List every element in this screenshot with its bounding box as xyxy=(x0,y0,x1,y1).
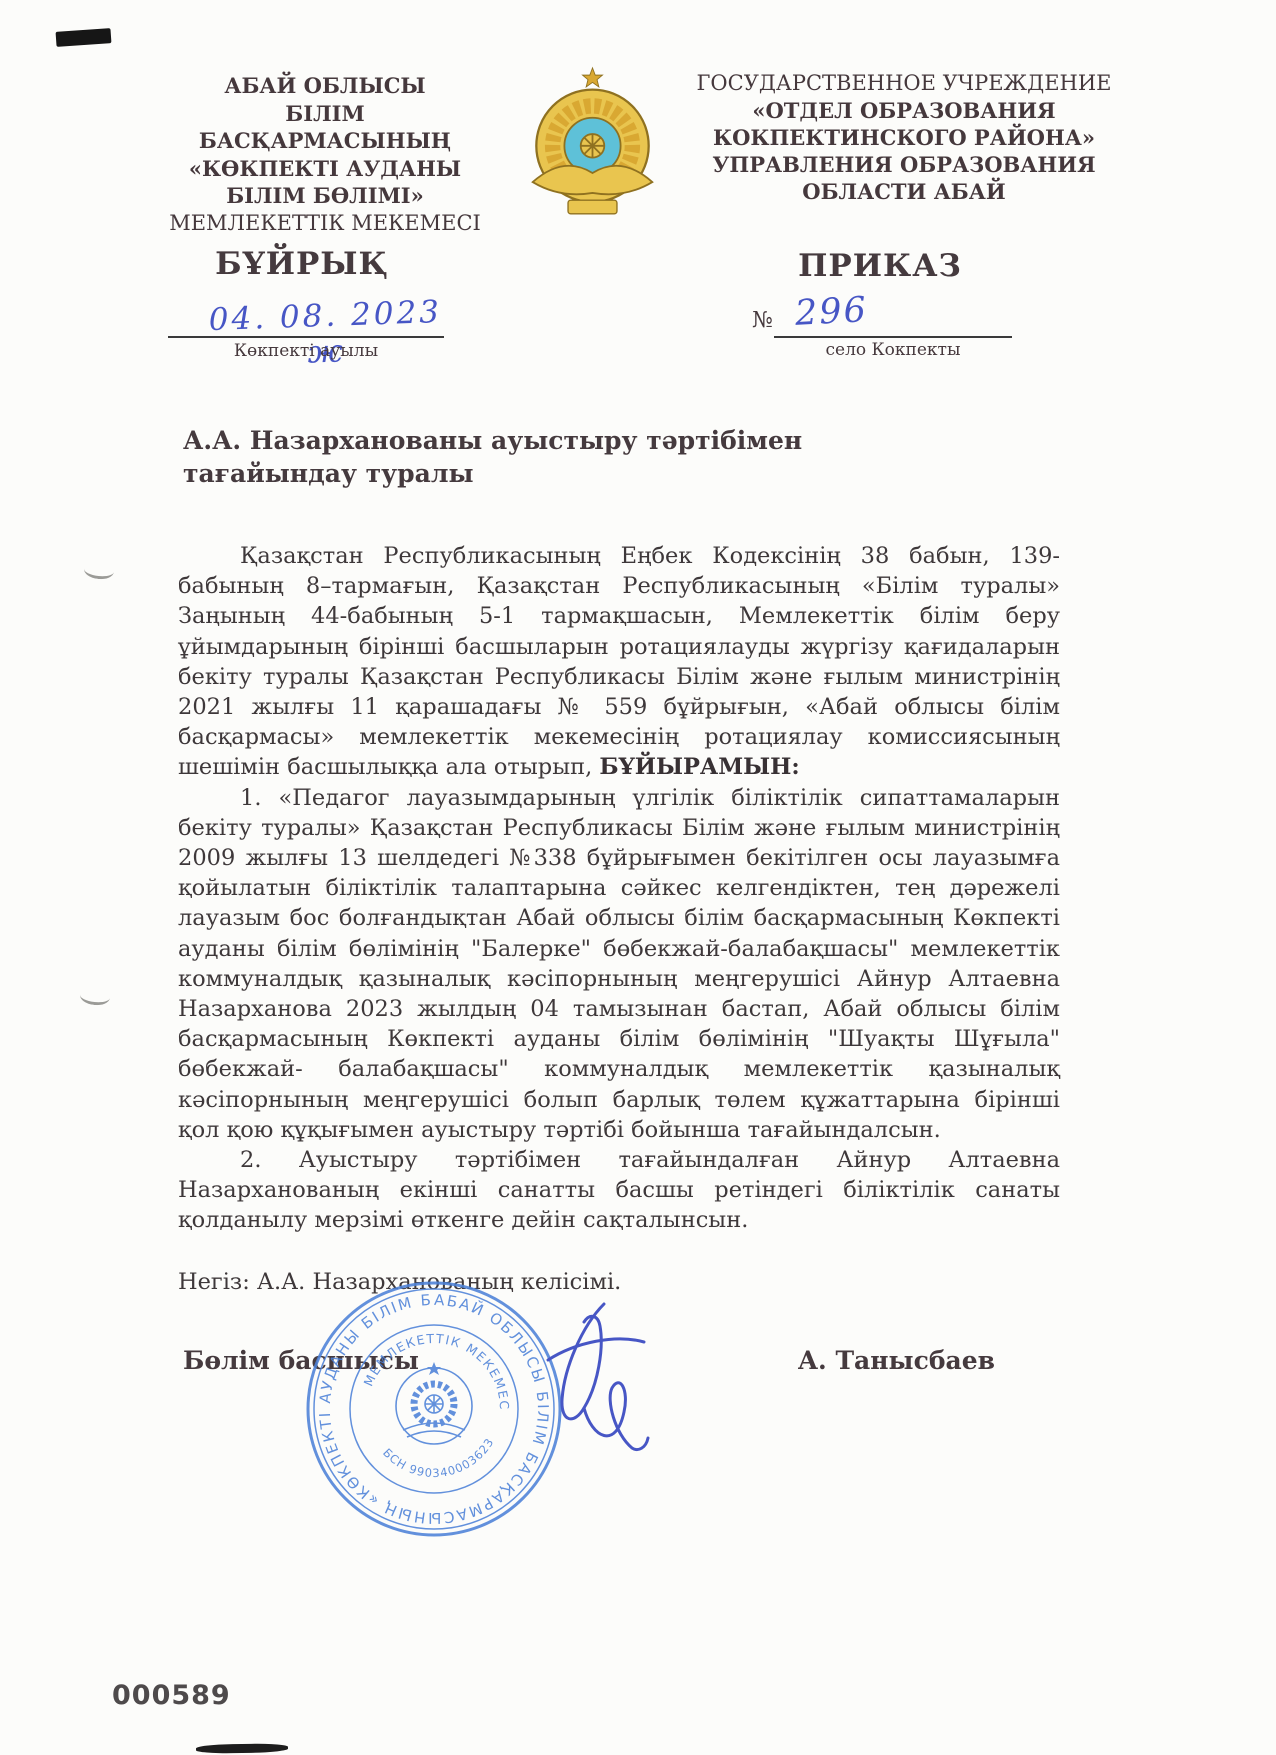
intro-text: Қазақстан Республикасының Еңбек Кодексін… xyxy=(178,543,1060,780)
org-right-line: УПРАВЛЕНИЯ ОБРАЗОВАНИЯ xyxy=(688,151,1120,178)
number-underline xyxy=(774,336,1012,338)
place-label-kazakh: Көкпекті ауылы xyxy=(168,341,444,361)
org-right-line: «ОТДЕЛ ОБРАЗОВАНИЯ xyxy=(688,97,1120,124)
subject-line: тағайындау туралы xyxy=(183,457,883,490)
org-left-line: БІЛІМ БӨЛІМІ» xyxy=(165,182,485,210)
org-left-line: МЕМЛЕКЕТТІК МЕКЕМЕСІ xyxy=(165,210,485,238)
stamp-center-emblem xyxy=(396,1362,472,1444)
scanned-order-document: АБАЙ ОБЛЫСЫ БІЛІМ БАСҚАРМАСЫНЫҢ «КӨКПЕКТ… xyxy=(0,0,1276,1755)
order-title-kazakh: БҰЙРЫҚ xyxy=(152,246,452,282)
order-point-1: 1. «Педагог лауазымдарының үлгілік білік… xyxy=(178,783,1060,1145)
stamp-inner-bottom-text: БСН 990340003623 xyxy=(380,1435,497,1480)
org-right-line: КОКПЕКТИНСКОГО РАЙОНА» xyxy=(688,124,1120,151)
order-title-russian: ПРИКАЗ xyxy=(700,248,1060,284)
svg-text:БСН 990340003623: БСН 990340003623 xyxy=(380,1435,497,1480)
kazakhstan-emblem-icon xyxy=(520,58,665,230)
org-right-line: ГОСУДАРСТВЕННОЕ УЧРЕЖДЕНИЕ xyxy=(688,70,1120,97)
scan-edge-curl xyxy=(83,560,115,580)
scan-bottom-smudge xyxy=(196,1743,288,1754)
handwritten-order-number: 296 xyxy=(794,290,869,334)
org-left-line: АБАЙ ОБЛЫСЫ xyxy=(165,72,485,100)
org-left-line: «КӨКПЕКТІ АУДАНЫ xyxy=(165,155,485,183)
order-point-2: 2. Ауыстыру тәртібімен тағайындалған Айн… xyxy=(178,1145,1060,1236)
org-name-kazakh: АБАЙ ОБЛЫСЫ БІЛІМ БАСҚАРМАСЫНЫҢ «КӨКПЕКТ… xyxy=(165,72,485,237)
subject-line: А.А. Назарханованы ауыстыру тәртібімен xyxy=(183,424,883,457)
form-number: 000589 xyxy=(112,1680,231,1711)
order-body: Қазақстан Республикасының Еңбек Кодексін… xyxy=(178,541,1060,1297)
stamp-outer-text: АБАЙ ОБЛЫСЫ БІЛІМ БАСҚАРМАСЫНЫҢ «КӨКПЕКТ… xyxy=(303,1278,552,1527)
scan-edge-curl xyxy=(79,986,111,1006)
order-subject: А.А. Назарханованы ауыстыру тәртібімен т… xyxy=(183,424,883,490)
org-right-line: ОБЛАСТИ АБАЙ xyxy=(688,178,1120,205)
svg-text:АБАЙ ОБЛЫСЫ БІЛІМ БАСҚАРМАСЫНЫ: АБАЙ ОБЛЫСЫ БІЛІМ БАСҚАРМАСЫНЫҢ «КӨКПЕКТ… xyxy=(303,1278,552,1527)
org-name-russian: ГОСУДАРСТВЕННОЕ УЧРЕЖДЕНИЕ «ОТДЕЛ ОБРАЗО… xyxy=(688,70,1120,205)
scan-corner-mark xyxy=(56,28,112,47)
intro-paragraph: Қазақстан Республикасының Еңбек Кодексін… xyxy=(178,541,1060,783)
place-label-russian: село Кокпекты xyxy=(774,340,1012,360)
org-left-line: БІЛІМ БАСҚАРМАСЫНЫҢ xyxy=(165,100,485,155)
handwritten-signature xyxy=(518,1282,668,1462)
date-underline xyxy=(168,336,444,338)
number-sign: № xyxy=(752,308,773,333)
handwritten-date: 04. 08. 2023 ж xyxy=(195,293,457,374)
signer-name: А. Танысбаев xyxy=(798,1346,995,1375)
resolve-word: БҰЙЫРАМЫН: xyxy=(599,754,799,780)
